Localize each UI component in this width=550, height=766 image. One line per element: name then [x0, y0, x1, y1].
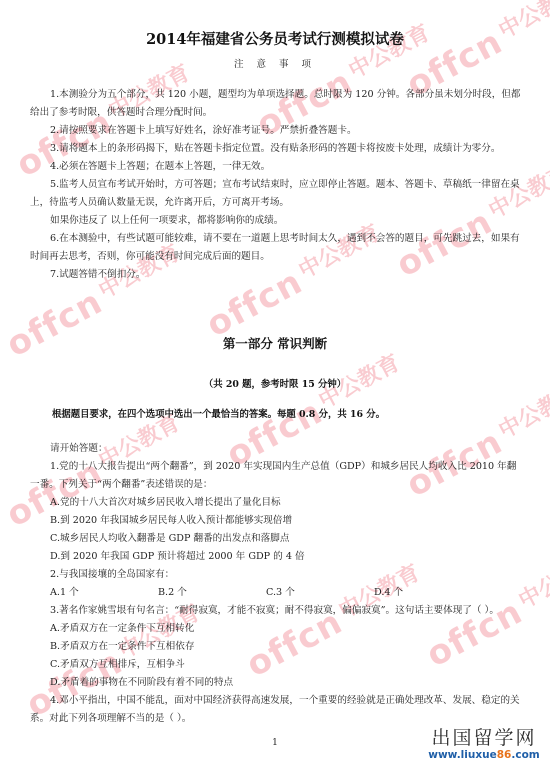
question-option: B.到 2020 年我国城乡居民每人收入预计都能够实现倍增: [30, 512, 522, 530]
site-logo: 出国留学网 www.liuxue86.com: [419, 728, 549, 762]
question-option: C.3 个: [266, 584, 374, 602]
question-option: A.党的十八大首次对城乡居民收入增长提出了量化目标: [30, 494, 522, 512]
question-stem: 4.邓小平指出，中国不能乱，面对中国经济获得高速发展，一个重要的经验就是正确处理…: [30, 692, 522, 728]
question-stem: 2.与我国接壤的全岛国家有：: [30, 566, 522, 584]
document-title: 2014年福建省公务员考试行测模拟试卷: [0, 28, 550, 49]
notice-item: 3.请将题本上的条形码揭下，贴在答题卡指定位置。没有贴条形码的答题卡将按废卡处理…: [30, 140, 522, 158]
question-option: C.城乡居民人均收入翻番是 GDP 翻番的出发点和落脚点: [30, 530, 522, 548]
question-option: A.1 个: [50, 584, 158, 602]
site-logo-url: www.liuxue86.com: [419, 748, 549, 762]
question-option: B.2 个: [158, 584, 266, 602]
site-logo-name: 出国留学网: [419, 728, 549, 748]
notice-item: 7.试题答错不倒扣分。: [30, 266, 522, 284]
document-page: offcn中公教育 offcn中公教育 offcn中公教育 offcn中公教育 …: [0, 0, 550, 766]
notice-item: 4.必须在答题卡上答题；在题本上答题，一律无效。: [30, 158, 522, 176]
notice-item: 6.在本测验中，有些试题可能较难，请不要在一道题上思考时间太久，遇到不会答的题目…: [30, 230, 522, 266]
question-stem: 1.党的十八大报告提出“两个翻番”，到 2020 年实现国内生产总值（GDP）和…: [30, 458, 522, 494]
notice-item: 2.请按照要求在答题卡上填写好姓名，涂好准考证号。严禁折叠答题卡。: [30, 122, 522, 140]
question-option: D.4 个: [374, 584, 482, 602]
notice-list: 1.本测验分为五个部分，共 120 小题，题型均为单项选择题。总时限为 120 …: [30, 86, 522, 284]
question-stem: 3.著名作家姚雪垠有句名言：“耐得寂寞，才能不寂寞；耐不得寂寞，偏偏寂寞”。这句…: [30, 602, 522, 620]
question-option: A.矛盾双方在一定条件下互相转化: [30, 620, 522, 638]
question-option: D.到 2020 年我国 GDP 预计将超过 2000 年 GDP 的 4 倍: [30, 548, 522, 566]
question-option: C.矛盾双方互相排斥，互相争斗: [30, 656, 522, 674]
question-option: B.矛盾双方在一定条件下互相依存: [30, 638, 522, 656]
section-instruction: 根据题目要求，在四个选项中选出一个最恰当的答案。每题 0.8 分，共 16 分。: [52, 406, 532, 420]
notice-item: 5.监考人员宣布考试开始时，方可答题；宣布考试结束时，应立即停止答题。题本、答题…: [30, 176, 522, 212]
start-prompt: 请开始答题：: [30, 440, 522, 458]
question-options-row: A.1 个 B.2 个 C.3 个 D.4 个: [30, 584, 522, 602]
notice-item: 如果你违反了 以上任何一项要求，都将影响你的成绩。: [30, 212, 522, 230]
notice-item: 1.本测验分为五个部分，共 120 小题，题型均为单项选择题。总时限为 120 …: [30, 86, 522, 122]
section-title: 第一部分 常识判断: [0, 334, 550, 352]
question-list: 请开始答题： 1.党的十八大报告提出“两个翻番”，到 2020 年实现国内生产总…: [30, 440, 522, 728]
section-info: （共 20 题，参考时限 15 分钟）: [0, 376, 550, 390]
question-option: D.矛盾着的事物在不同阶段有着不同的特点: [30, 674, 522, 692]
notice-heading: 注 意 事 项: [0, 56, 550, 70]
